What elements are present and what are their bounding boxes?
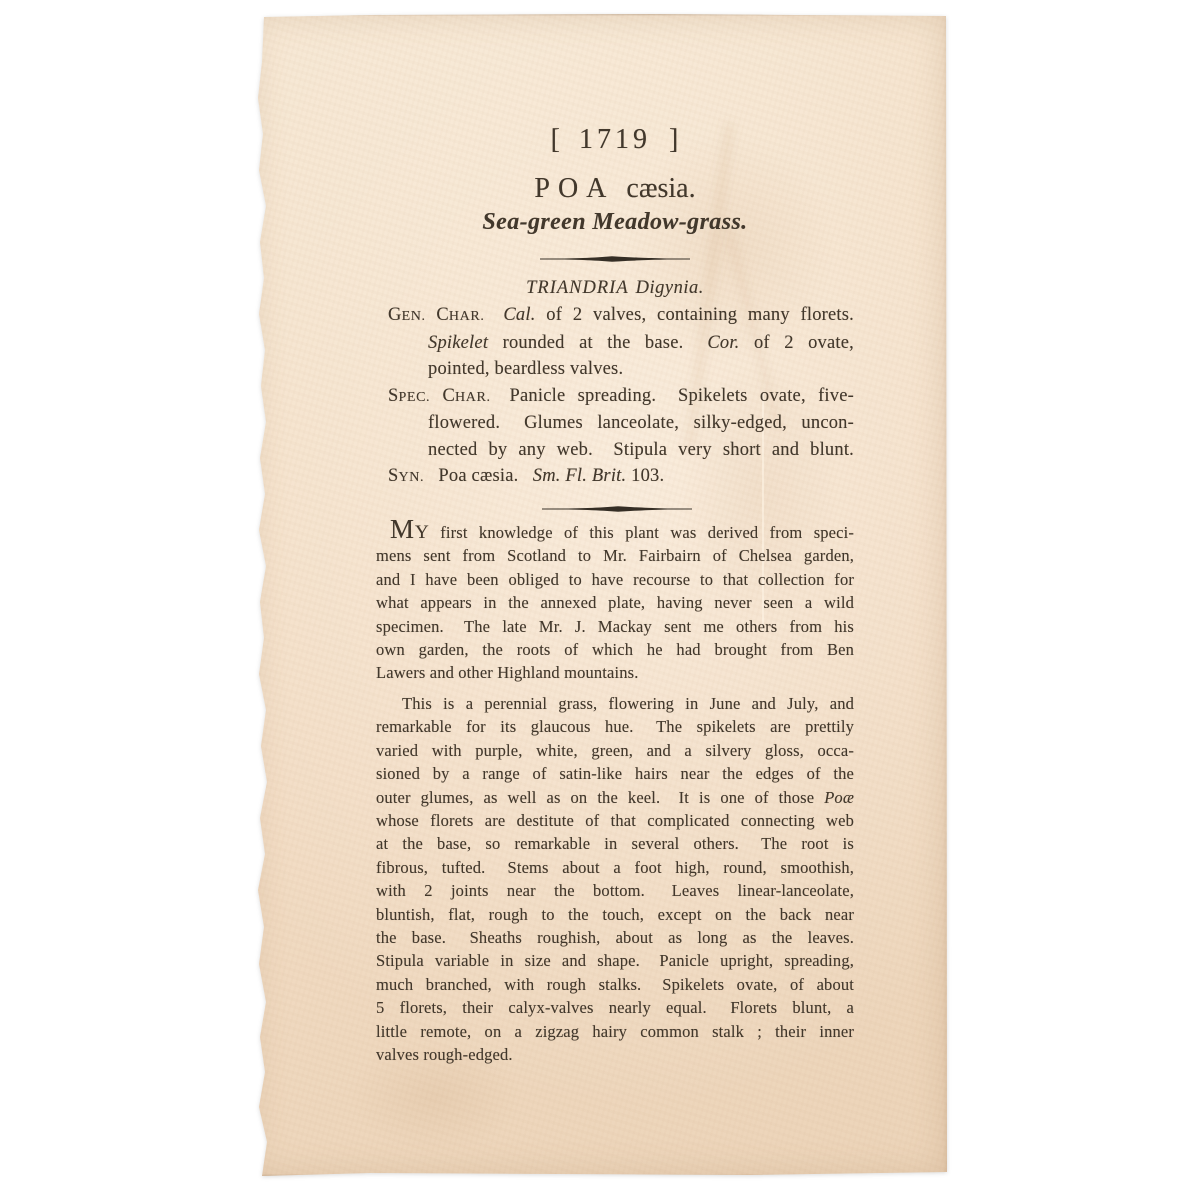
species-title: POAcæsia. <box>376 173 854 205</box>
page-number: [1719] <box>376 124 854 156</box>
text-line: own garden, the roots of which he had br… <box>376 638 854 661</box>
text-line: Lawers and other Highland mountains. <box>376 661 854 684</box>
text-block: [1719] POAcæsia. Sea-green Meadow-grass.… <box>376 12 854 1178</box>
page-number-value: 1719 <box>579 124 651 155</box>
text-line: remarkable for its glaucous hue. The spi… <box>376 715 854 738</box>
text-line: sioned by a range of satin-like hairs ne… <box>376 762 854 785</box>
text-line: Stipula variable in size and shape. Pani… <box>376 949 854 972</box>
text-line: GEN. CHAR. Cal. of 2 valves, containing … <box>388 302 854 330</box>
bracket-right: ] <box>669 124 679 155</box>
linnaean-order: Digynia. <box>636 278 704 298</box>
text-line: valves rough-edged. <box>376 1043 854 1066</box>
text-line: SPEC. CHAR. Panicle spreading. Spikelets… <box>388 383 854 411</box>
text-line: This is a perennial grass, flowering in … <box>376 692 854 715</box>
text-line: SYN. Poa cæsia. Sm. Fl. Brit. 103. <box>388 463 854 491</box>
book-page: [1719] POAcæsia. Sea-green Meadow-grass.… <box>250 12 947 1178</box>
swelled-rule-divider <box>542 505 692 513</box>
text-line: fibrous, tufted. Stems about a foot high… <box>376 856 854 879</box>
text-line: outer glumes, as well as on the keel. It… <box>376 786 854 809</box>
text-line: and I have been obliged to have recourse… <box>376 568 854 591</box>
text-line: bluntish, flat, rough to the touch, exce… <box>376 903 854 926</box>
text-line: much branched, with rough stalks. Spikel… <box>376 973 854 996</box>
text-line: with 2 joints near the bottom. Leaves li… <box>376 879 854 902</box>
text-line: nected by any web. Stipula very short an… <box>388 437 854 464</box>
text-line: the base. Sheaths roughish, about as lon… <box>376 926 854 949</box>
character-section: GEN. CHAR. Cal. of 2 valves, containing … <box>388 302 854 491</box>
taxonomy-heading: TRIANDRIADigynia. <box>376 276 854 300</box>
text-line: little remote, on a zigzag hairy common … <box>376 1020 854 1043</box>
text-line: mens sent from Scotland to Mr. Fairbairn… <box>376 544 854 567</box>
description-paragraph-1: MY first knowledge of this plant was der… <box>376 521 854 685</box>
text-line: pointed, beardless valves. <box>388 356 854 383</box>
species-epithet: cæsia. <box>626 173 695 204</box>
text-line: what appears in the annexed plate, havin… <box>376 591 854 614</box>
swelled-rule-divider <box>540 255 690 263</box>
text-line: MY first knowledge of this plant was der… <box>376 521 854 544</box>
text-line: at the base, so remarkable in several ot… <box>376 832 854 855</box>
text-line: flowered. Glumes lanceolate, silky-edged… <box>388 410 854 437</box>
linnaean-class: TRIANDRIA <box>526 278 629 298</box>
text-line: specimen. The late Mr. J. Mackay sent me… <box>376 615 854 638</box>
description-paragraph-2: This is a perennial grass, flowering in … <box>376 692 854 1067</box>
text-line: 5 florets, their calyx-valves nearly equ… <box>376 996 854 1019</box>
common-name: Sea-green Meadow-grass. <box>376 207 854 237</box>
page-bottom-edge <box>250 1174 947 1178</box>
text-line: varied with purple, white, green, and a … <box>376 739 854 762</box>
bracket-left: [ <box>551 124 561 155</box>
text-line: Spikelet rounded at the base. Cor. of 2 … <box>388 330 854 357</box>
scan-background: [1719] POAcæsia. Sea-green Meadow-grass.… <box>0 0 1200 1200</box>
text-line: whose florets are destitute of that comp… <box>376 809 854 832</box>
genus-name: POA <box>534 173 614 204</box>
